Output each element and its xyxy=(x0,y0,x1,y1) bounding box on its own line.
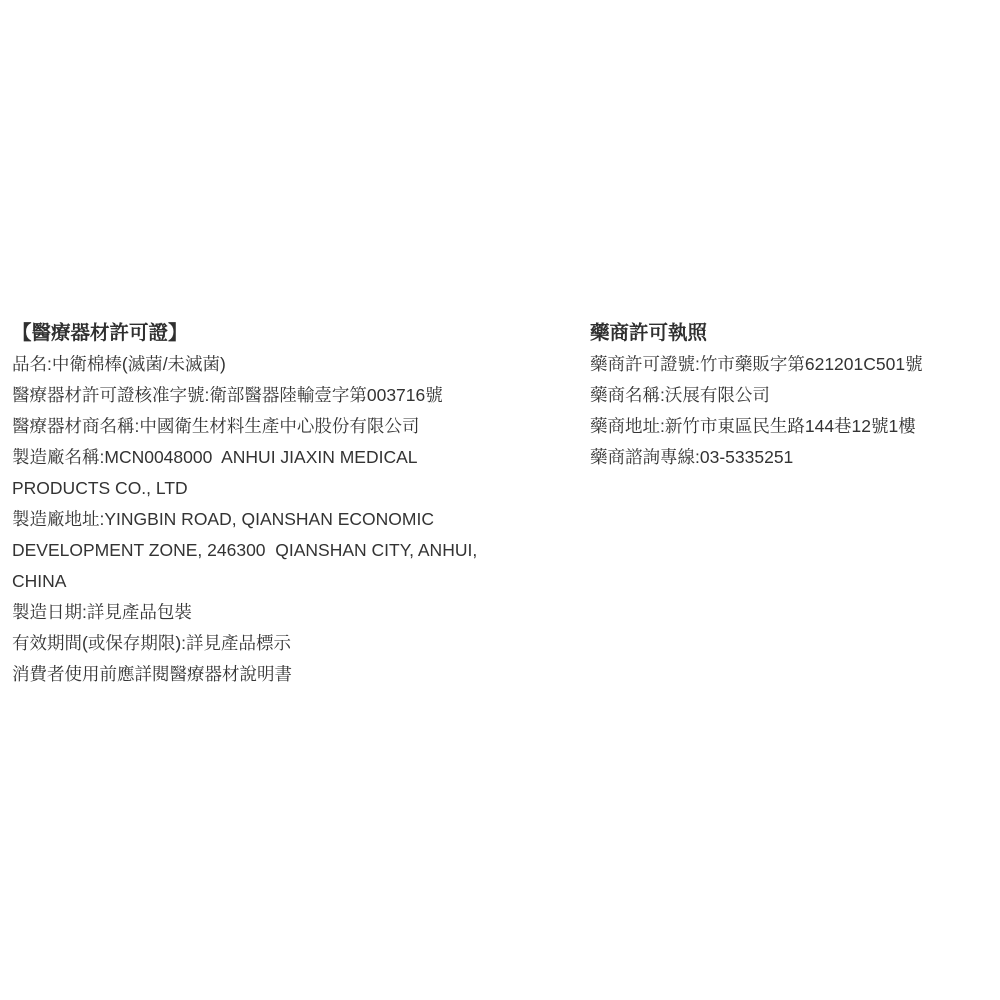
pharmacy-license-section: 藥商許可執照 藥商許可證號:竹市藥販字第621201C501號 藥商名稱:沃展有… xyxy=(590,318,990,473)
device-license-manufacturer-name-line2: PRODUCTS CO., LTD xyxy=(12,473,557,504)
device-license-manufacturer-name-line1: 製造廠名稱:MCN0048000 ANHUI JIAXIN MEDICAL xyxy=(12,442,557,473)
page: 【醫療器材許可證】 品名:中衛棉棒(滅菌/未滅菌) 醫療器材許可證核准字號:衛部… xyxy=(0,0,1000,1000)
device-license-validity-period: 有效期間(或保存期限):詳見產品標示 xyxy=(12,628,557,659)
device-license-manufacturer-address-line3: CHINA xyxy=(12,566,557,597)
device-license-dealer-name: 醫療器材商名稱:中國衛生材料生產中心股份有限公司 xyxy=(12,411,557,442)
pharmacy-dealer-name: 藥商名稱:沃展有限公司 xyxy=(590,380,990,411)
pharmacy-dealer-address: 藥商地址:新竹市東區民生路144巷12號1樓 xyxy=(590,411,990,442)
device-license-section: 【醫療器材許可證】 品名:中衛棉棒(滅菌/未滅菌) 醫療器材許可證核准字號:衛部… xyxy=(12,318,557,690)
device-license-consumer-notice: 消費者使用前應詳閱醫療器材說明書 xyxy=(12,659,557,690)
device-license-approval-number: 醫療器材許可證核准字號:衛部醫器陸輸壹字第003716號 xyxy=(12,380,557,411)
device-license-manufacturer-address-line2: DEVELOPMENT ZONE, 246300 QIANSHAN CITY, … xyxy=(12,535,557,566)
device-license-title: 【醫療器材許可證】 xyxy=(12,318,557,349)
pharmacy-hotline: 藥商諮詢專線:03-5335251 xyxy=(590,442,990,473)
device-license-product-name: 品名:中衛棉棒(滅菌/未滅菌) xyxy=(12,349,557,380)
device-license-manufacture-date: 製造日期:詳見產品包裝 xyxy=(12,597,557,628)
pharmacy-license-number: 藥商許可證號:竹市藥販字第621201C501號 xyxy=(590,349,990,380)
device-license-manufacturer-address-line1: 製造廠地址:YINGBIN ROAD, QIANSHAN ECONOMIC xyxy=(12,504,557,535)
pharmacy-license-title: 藥商許可執照 xyxy=(590,318,990,349)
